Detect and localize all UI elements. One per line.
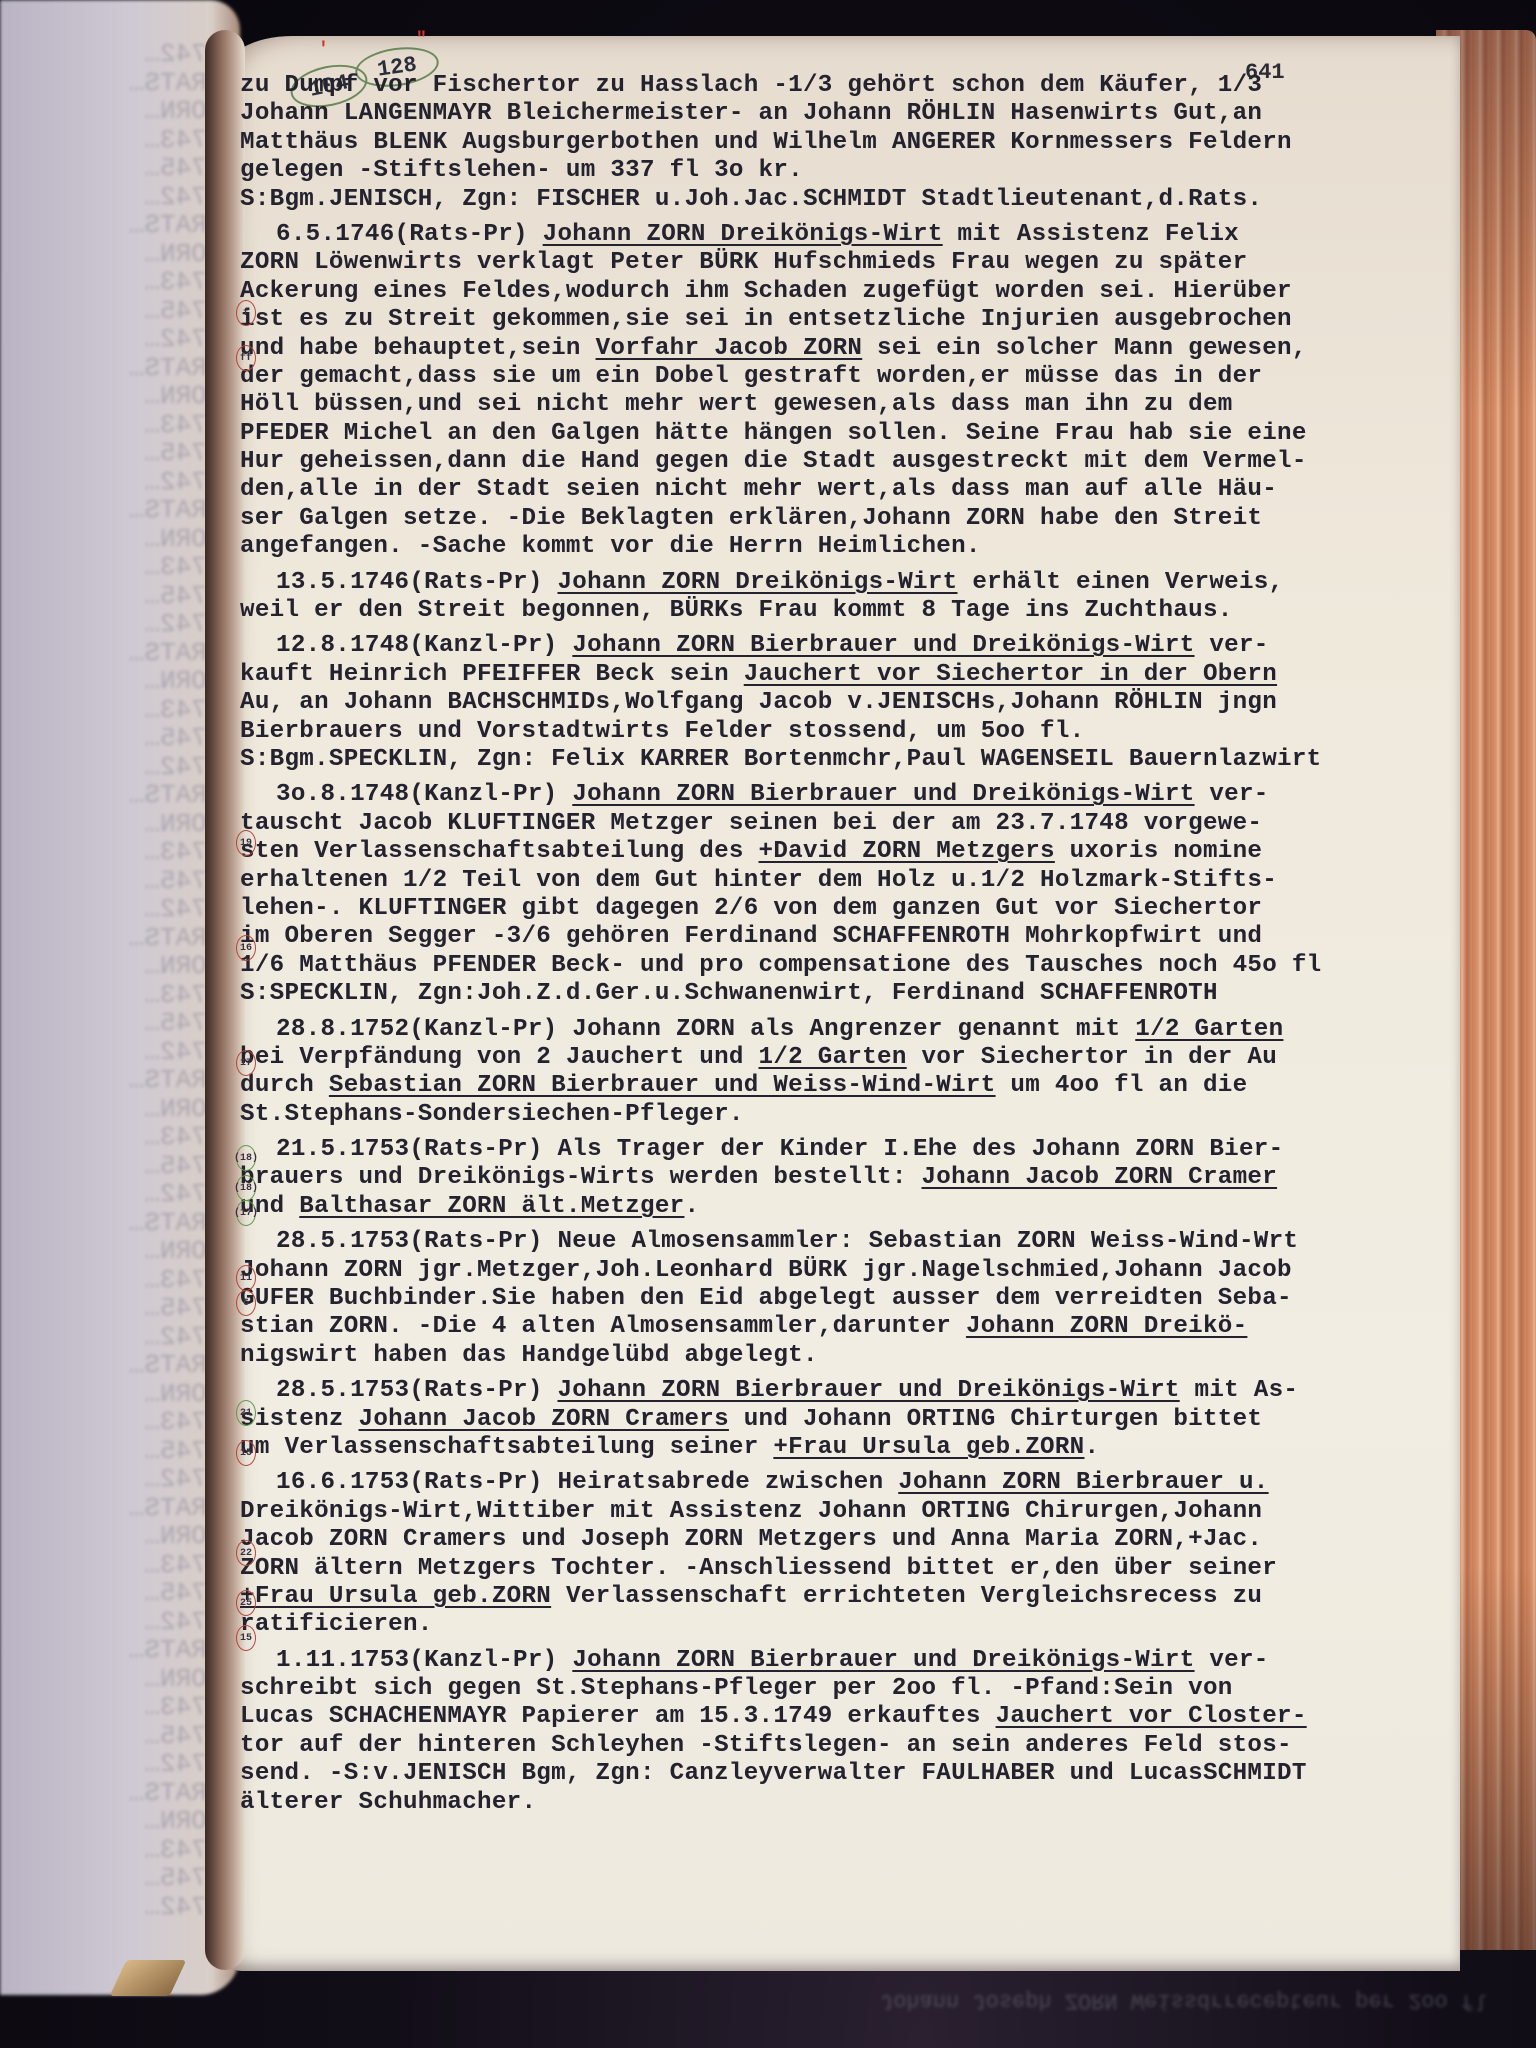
red-tick-mark: " — [416, 30, 427, 50]
ledger-line: St.Stephans-Sondersiechen-Pfleger. — [240, 1101, 1460, 1129]
ledger-line: 3o.8.1748(Kanzl-Pr) Johann ZORN Bierbrau… — [240, 781, 1460, 809]
ledger-line: Bierbrauers und Vorstadtwirts Felder sto… — [240, 718, 1460, 746]
red-tick-mark: ' — [318, 40, 329, 60]
ledger-line: S:SPECKLIN, Zgn:Joh.Z.d.Ger.u.Schwanenwi… — [240, 980, 1460, 1008]
ledger-line: 6.5.1746(Rats-Pr) Johann ZORN Dreikönigs… — [240, 221, 1460, 249]
ledger-entry: 28.8.1752(Kanzl-Pr) Johann ZORN als Angr… — [240, 1016, 1460, 1130]
ledger-line: und habe behauptet,sein Vorfahr Jacob ZO… — [240, 335, 1460, 363]
margin-annotation-circle: 17 — [236, 1050, 256, 1076]
ledger-line: tauscht Jacob KLUFTINGER Metzger seinen … — [240, 810, 1460, 838]
ledger-line: 1/6 Matthäus PFENDER Beck- und pro compe… — [240, 952, 1460, 980]
margin-annotation-circle: (18) — [236, 1145, 256, 1171]
ledger-entry: 12.8.1748(Kanzl-Pr) Johann ZORN Bierbrau… — [240, 632, 1460, 774]
ledger-line: erhaltenen 1/2 Teil von dem Gut hinter d… — [240, 867, 1460, 895]
margin-annotation-circle: 19 — [236, 830, 256, 856]
ledger-line: 13.5.1746(Rats-Pr) Johann ZORN Dreikönig… — [240, 569, 1460, 597]
ledger-line: Jacob ZORN Cramers und Joseph ZORN Metzg… — [240, 1526, 1460, 1554]
ledger-line: 1.11.1753(Kanzl-Pr) Johann ZORN Bierbrau… — [240, 1647, 1460, 1675]
ledger-line: ratificieren. — [240, 1611, 1460, 1639]
ledger-line: 28.8.1752(Kanzl-Pr) Johann ZORN als Angr… — [240, 1016, 1460, 1044]
ledger-line: im Oberen Segger -3/6 gehören Ferdinand … — [240, 923, 1460, 951]
margin-annotation-circle: (18) — [236, 1175, 256, 1201]
ledger-line: stian ZORN. -Die 4 alten Almosensammler,… — [240, 1313, 1460, 1341]
margin-annotation-circle: 15 — [236, 1440, 256, 1466]
ledger-line: Matthäus BLENK Augsburgerbothen und Wilh… — [240, 129, 1460, 157]
margin-annotations: fff191617(18)(18)(17)1162115222515 — [222, 0, 262, 2048]
ledger-entry: 1.11.1753(Kanzl-Pr) Johann ZORN Bierbrau… — [240, 1647, 1460, 1817]
ledger-line: sten Verlassenschaftsabteilung des +Davi… — [240, 838, 1460, 866]
ledger-line: Dreikönigs-Wirt,Wittiber mit Assistenz J… — [240, 1498, 1460, 1526]
ledger-line: und Balthasar ZORN ält.Metzger. — [240, 1193, 1460, 1221]
ledger-line: ser Galgen setze. -Die Beklagten erkläre… — [240, 505, 1460, 533]
ledger-line: weil er den Streit begonnen, BÜRKs Frau … — [240, 597, 1460, 625]
ledger-entry: zu Dumpf vor Fischertor zu Hasslach -1/3… — [240, 72, 1460, 214]
ledger-line: lehen-. KLUFTINGER gibt dagegen 2/6 von … — [240, 895, 1460, 923]
ledger-line: +Frau Ursula geb.ZORN Verlassenschaft er… — [240, 1583, 1460, 1611]
margin-annotation-circle: 25 — [236, 1590, 256, 1616]
ledger-line: nigswirt haben das Handgelübd abgelegt. — [240, 1342, 1460, 1370]
ledger-line: Hur geheissen,dann die Hand gegen die St… — [240, 448, 1460, 476]
margin-annotation-circle: f — [236, 300, 256, 326]
margin-annotation-circle: 16 — [236, 935, 256, 961]
ledger-entry: 21.5.1753(Rats-Pr) Als Trager der Kinder… — [240, 1136, 1460, 1221]
ledger-line: älterer Schuhmacher. — [240, 1789, 1460, 1817]
ledger-line: Höll büssen,und sei nicht mehr wert gewe… — [240, 391, 1460, 419]
margin-annotation-circle: 11 — [236, 1265, 256, 1291]
margin-annotation-circle: 22 — [236, 1540, 256, 1566]
ledger-line: durch Sebastian ZORN Bierbrauer und Weis… — [240, 1072, 1460, 1100]
margin-annotation-circle: 15 — [236, 1625, 256, 1651]
margin-annotation-circle: 6 — [236, 1290, 256, 1316]
ledger-line: Johann LANGENMAYR Bleichermeister- an Jo… — [240, 100, 1460, 128]
ledger-line: Johann ZORN jgr.Metzger,Joh.Leonhard BÜR… — [240, 1257, 1460, 1285]
ledger-line: bei Verpfändung von 2 Jauchert und 1/2 G… — [240, 1044, 1460, 1072]
ledger-line: ZORN Löwenwirts verklagt Peter BÜRK Hufs… — [240, 249, 1460, 277]
ledger-line: sistenz Johann Jacob ZORN Cramers und Jo… — [240, 1406, 1460, 1434]
left-page-ghost-text: …1742… …(RATS… …ZORN… …1743… …1745… …174… — [8, 40, 238, 1921]
ledger-entry: 6.5.1746(Rats-Pr) Johann ZORN Dreikönigs… — [240, 221, 1460, 562]
ledger-line: Lucas SCHACHENMAYR Papierer am 15.3.1749… — [240, 1703, 1460, 1731]
margin-annotation-circle: (17) — [236, 1200, 256, 1226]
ledger-line: um Verlassenschaftsabteilung seiner +Fra… — [240, 1434, 1460, 1462]
ledger-line: kauft Heinrich PFEIFFER Beck sein Jauche… — [240, 661, 1460, 689]
ledger-entry: 13.5.1746(Rats-Pr) Johann ZORN Dreikönig… — [240, 569, 1460, 626]
ledger-line: 21.5.1753(Rats-Pr) Als Trager der Kinder… — [240, 1136, 1460, 1164]
ledger-line: PFEDER Michel an den Galgen hätte hängen… — [240, 420, 1460, 448]
facing-left-page: …1742… …(RATS… …ZORN… …1743… …1745… …174… — [0, 0, 240, 1995]
ledger-entry: 3o.8.1748(Kanzl-Pr) Johann ZORN Bierbrau… — [240, 781, 1460, 1008]
ledger-line: Ackerung eines Feldes,wodurch ihm Schade… — [240, 278, 1460, 306]
bleed-through-text: Johann Joseph ZORN Weissdrrecepteur per … — [880, 1988, 1487, 2013]
ledger-line: den,alle in der Stadt seien nicht mehr w… — [240, 476, 1460, 504]
ledger-line: angefangen. -Sache kommt vor die Herrn H… — [240, 533, 1460, 561]
ledger-line: send. -S:v.JENISCH Bgm, Zgn: Canzleyverw… — [240, 1760, 1460, 1788]
ledger-entry: 28.5.1753(Rats-Pr) Neue Almosensammler: … — [240, 1228, 1460, 1370]
ledger-line: schreibt sich gegen St.Stephans-Pfleger … — [240, 1675, 1460, 1703]
ledger-line: 16.6.1753(Rats-Pr) Heiratsabrede zwische… — [240, 1469, 1460, 1497]
ledger-line: ZORN ältern Metzgers Tochter. -Anschlies… — [240, 1555, 1460, 1583]
margin-annotation-circle: ff — [236, 345, 256, 371]
ledger-line: gelegen -Stiftslehen- um 337 fl 3o kr. — [240, 157, 1460, 185]
ledger-line: tor auf der hinteren Schleyhen -Stiftsle… — [240, 1732, 1460, 1760]
ledger-line: 12.8.1748(Kanzl-Pr) Johann ZORN Bierbrau… — [240, 632, 1460, 660]
ledger-entry: 16.6.1753(Rats-Pr) Heiratsabrede zwische… — [240, 1469, 1460, 1639]
ledger-line: ist es zu Streit gekommen,sie sei in ent… — [240, 306, 1460, 334]
margin-annotation-circle: 21 — [236, 1400, 256, 1426]
ledger-line: S:Bgm.JENISCH, Zgn: FISCHER u.Joh.Jac.SC… — [240, 186, 1460, 214]
ledger-entry: 28.5.1753(Rats-Pr) Johann ZORN Bierbraue… — [240, 1377, 1460, 1462]
ledger-line: zu Dumpf vor Fischertor zu Hasslach -1/3… — [240, 72, 1460, 100]
ledger-line: Au, an Johann BACHSCHMIDs,Wolfgang Jacob… — [240, 689, 1460, 717]
ledger-line: 28.5.1753(Rats-Pr) Neue Almosensammler: … — [240, 1228, 1460, 1256]
ledger-line: brauers und Dreikönigs-Wirts werden best… — [240, 1164, 1460, 1192]
ledger-text: zu Dumpf vor Fischertor zu Hasslach -1/3… — [240, 72, 1460, 1817]
ledger-line: 28.5.1753(Rats-Pr) Johann ZORN Bierbraue… — [240, 1377, 1460, 1405]
ledger-line: GUFER Buchbinder.Sie haben den Eid abgel… — [240, 1285, 1460, 1313]
ledger-line: der gemacht,dass sie um ein Dobel gestra… — [240, 363, 1460, 391]
ledger-line: S:Bgm.SPECKLIN, Zgn: Felix KARRER Borten… — [240, 746, 1460, 774]
